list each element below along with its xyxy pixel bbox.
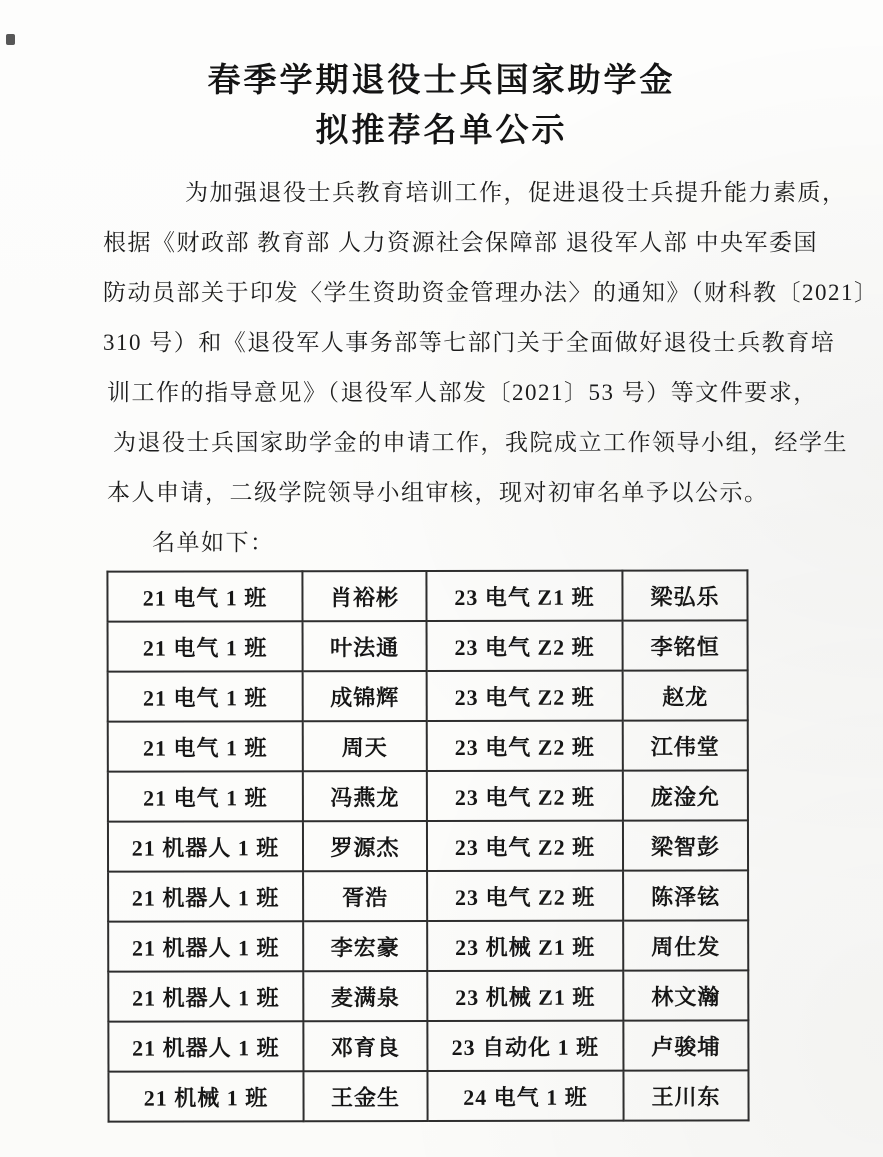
- table-cell: 23 自动化 1 班: [427, 1021, 623, 1071]
- paragraph-line: 训工作的指导意见》（退役军人部发〔2021〕53 号）等文件要求，: [103, 368, 815, 418]
- table-cell: 江伟堂: [623, 720, 748, 770]
- table-row: 21 电气 1 班成锦辉23 电气 Z2 班赵龙: [108, 670, 748, 721]
- table-cell: 21 机器人 1 班: [108, 871, 303, 921]
- table-cell: 21 电气 1 班: [108, 621, 303, 671]
- table-row: 21 机器人 1 班邓育良23 自动化 1 班卢骏埔: [108, 1020, 748, 1071]
- table-cell: 21 机器人 1 班: [108, 921, 303, 971]
- table-cell: 23 电气 Z2 班: [427, 671, 623, 721]
- table-cell: 21 机械 1 班: [108, 1071, 303, 1121]
- table-cell: 21 电气 1 班: [108, 771, 303, 821]
- table-cell: 陈泽铉: [623, 870, 748, 920]
- table-cell: 邓育良: [303, 1021, 427, 1071]
- paragraph-line: 防动员部关于印发〈学生资助资金管理办法〉的通知》（财科教〔2021〕: [103, 268, 815, 318]
- table-cell: 23 电气 Z2 班: [427, 871, 623, 921]
- table-cell: 胥浩: [303, 871, 427, 921]
- table-cell: 卢骏埔: [623, 1020, 748, 1070]
- document-title: 春季学期退役士兵国家助学金 拟推荐名单公示: [0, 56, 883, 156]
- table-cell: 周天: [303, 721, 427, 771]
- table-cell: 24 电气 1 班: [427, 1071, 623, 1121]
- table-cell: 23 电气 Z1 班: [426, 571, 622, 621]
- table-cell: 赵龙: [623, 670, 748, 720]
- table-cell: 23 电气 Z2 班: [427, 621, 623, 671]
- scanned-document-page: 春季学期退役士兵国家助学金 拟推荐名单公示 为加强退役士兵教育培训工作，促进退役…: [0, 0, 883, 1157]
- table-cell: 21 机器人 1 班: [108, 1021, 303, 1071]
- table-cell: 罗源杰: [303, 821, 427, 871]
- scan-artifact-mark: [6, 34, 15, 45]
- paragraph-line: 为退役士兵国家助学金的申请工作，我院成立工作领导小组，经学生: [103, 418, 815, 468]
- paragraph-line: 本人申请，二级学院领导小组审核，现对初审名单予以公示。: [103, 468, 815, 518]
- title-line-1: 春季学期退役士兵国家助学金: [0, 56, 883, 106]
- roster-table-body: 21 电气 1 班肖裕彬23 电气 Z1 班梁弘乐21 电气 1 班叶法通23 …: [107, 570, 748, 1121]
- table-cell: 冯燕龙: [303, 771, 427, 821]
- table-cell: 林文瀚: [623, 970, 748, 1020]
- table-row: 21 电气 1 班冯燕龙23 电气 Z2 班庞淦允: [108, 770, 748, 821]
- paragraph-line: 为加强退役士兵教育培训工作，促进退役士兵提升能力素质，: [103, 168, 815, 218]
- title-line-2: 拟推荐名单公示: [0, 106, 883, 156]
- table-row: 21 机械 1 班王金生24 电气 1 班王川东: [108, 1070, 748, 1121]
- paragraph-line: 根据《财政部 教育部 人力资源社会保障部 退役军人部 中央军委国: [103, 218, 815, 268]
- list-intro-label: 名单如下：: [152, 528, 275, 558]
- table-cell: 叶法通: [303, 621, 427, 671]
- table-cell: 23 电气 Z2 班: [427, 721, 623, 771]
- table-cell: 21 机器人 1 班: [108, 971, 303, 1021]
- table-cell: 21 电气 1 班: [107, 571, 302, 621]
- table-cell: 庞淦允: [623, 770, 748, 820]
- table-row: 21 机器人 1 班麦满泉23 机械 Z1 班林文瀚: [108, 970, 748, 1021]
- table-cell: 王川东: [623, 1070, 748, 1120]
- roster-table: 21 电气 1 班肖裕彬23 电气 Z1 班梁弘乐21 电气 1 班叶法通23 …: [106, 569, 749, 1122]
- table-cell: 23 电气 Z2 班: [427, 821, 623, 871]
- table-cell: 21 电气 1 班: [108, 671, 303, 721]
- table-cell: 王金生: [303, 1071, 427, 1121]
- table-row: 21 电气 1 班周天23 电气 Z2 班江伟堂: [108, 720, 748, 771]
- table-cell: 梁智彭: [623, 820, 748, 870]
- table-cell: 肖裕彬: [302, 571, 426, 621]
- table-cell: 21 机器人 1 班: [108, 821, 303, 871]
- table-cell: 李宏豪: [303, 921, 427, 971]
- table-cell: 李铭恒: [623, 620, 748, 670]
- table-cell: 周仕发: [623, 920, 748, 970]
- table-cell: 梁弘乐: [622, 570, 747, 620]
- table-cell: 23 电气 Z2 班: [427, 771, 623, 821]
- body-text: 为加强退役士兵教育培训工作，促进退役士兵提升能力素质， 根据《财政部 教育部 人…: [103, 168, 815, 518]
- paragraph-line: 310 号）和《退役军人事务部等七部门关于全面做好退役士兵教育培: [103, 318, 815, 368]
- table-cell: 23 机械 Z1 班: [427, 971, 623, 1021]
- table-row: 21 电气 1 班叶法通23 电气 Z2 班李铭恒: [108, 620, 748, 671]
- table-row: 21 机器人 1 班罗源杰23 电气 Z2 班梁智彭: [108, 820, 748, 871]
- table-cell: 成锦辉: [303, 671, 427, 721]
- table-cell: 21 电气 1 班: [108, 721, 303, 771]
- table-row: 21 电气 1 班肖裕彬23 电气 Z1 班梁弘乐: [107, 570, 747, 621]
- table-row: 21 机器人 1 班李宏豪23 机械 Z1 班周仕发: [108, 920, 748, 971]
- table-cell: 麦满泉: [303, 971, 427, 1021]
- table-row: 21 机器人 1 班胥浩23 电气 Z2 班陈泽铉: [108, 870, 748, 921]
- table-cell: 23 机械 Z1 班: [427, 921, 623, 971]
